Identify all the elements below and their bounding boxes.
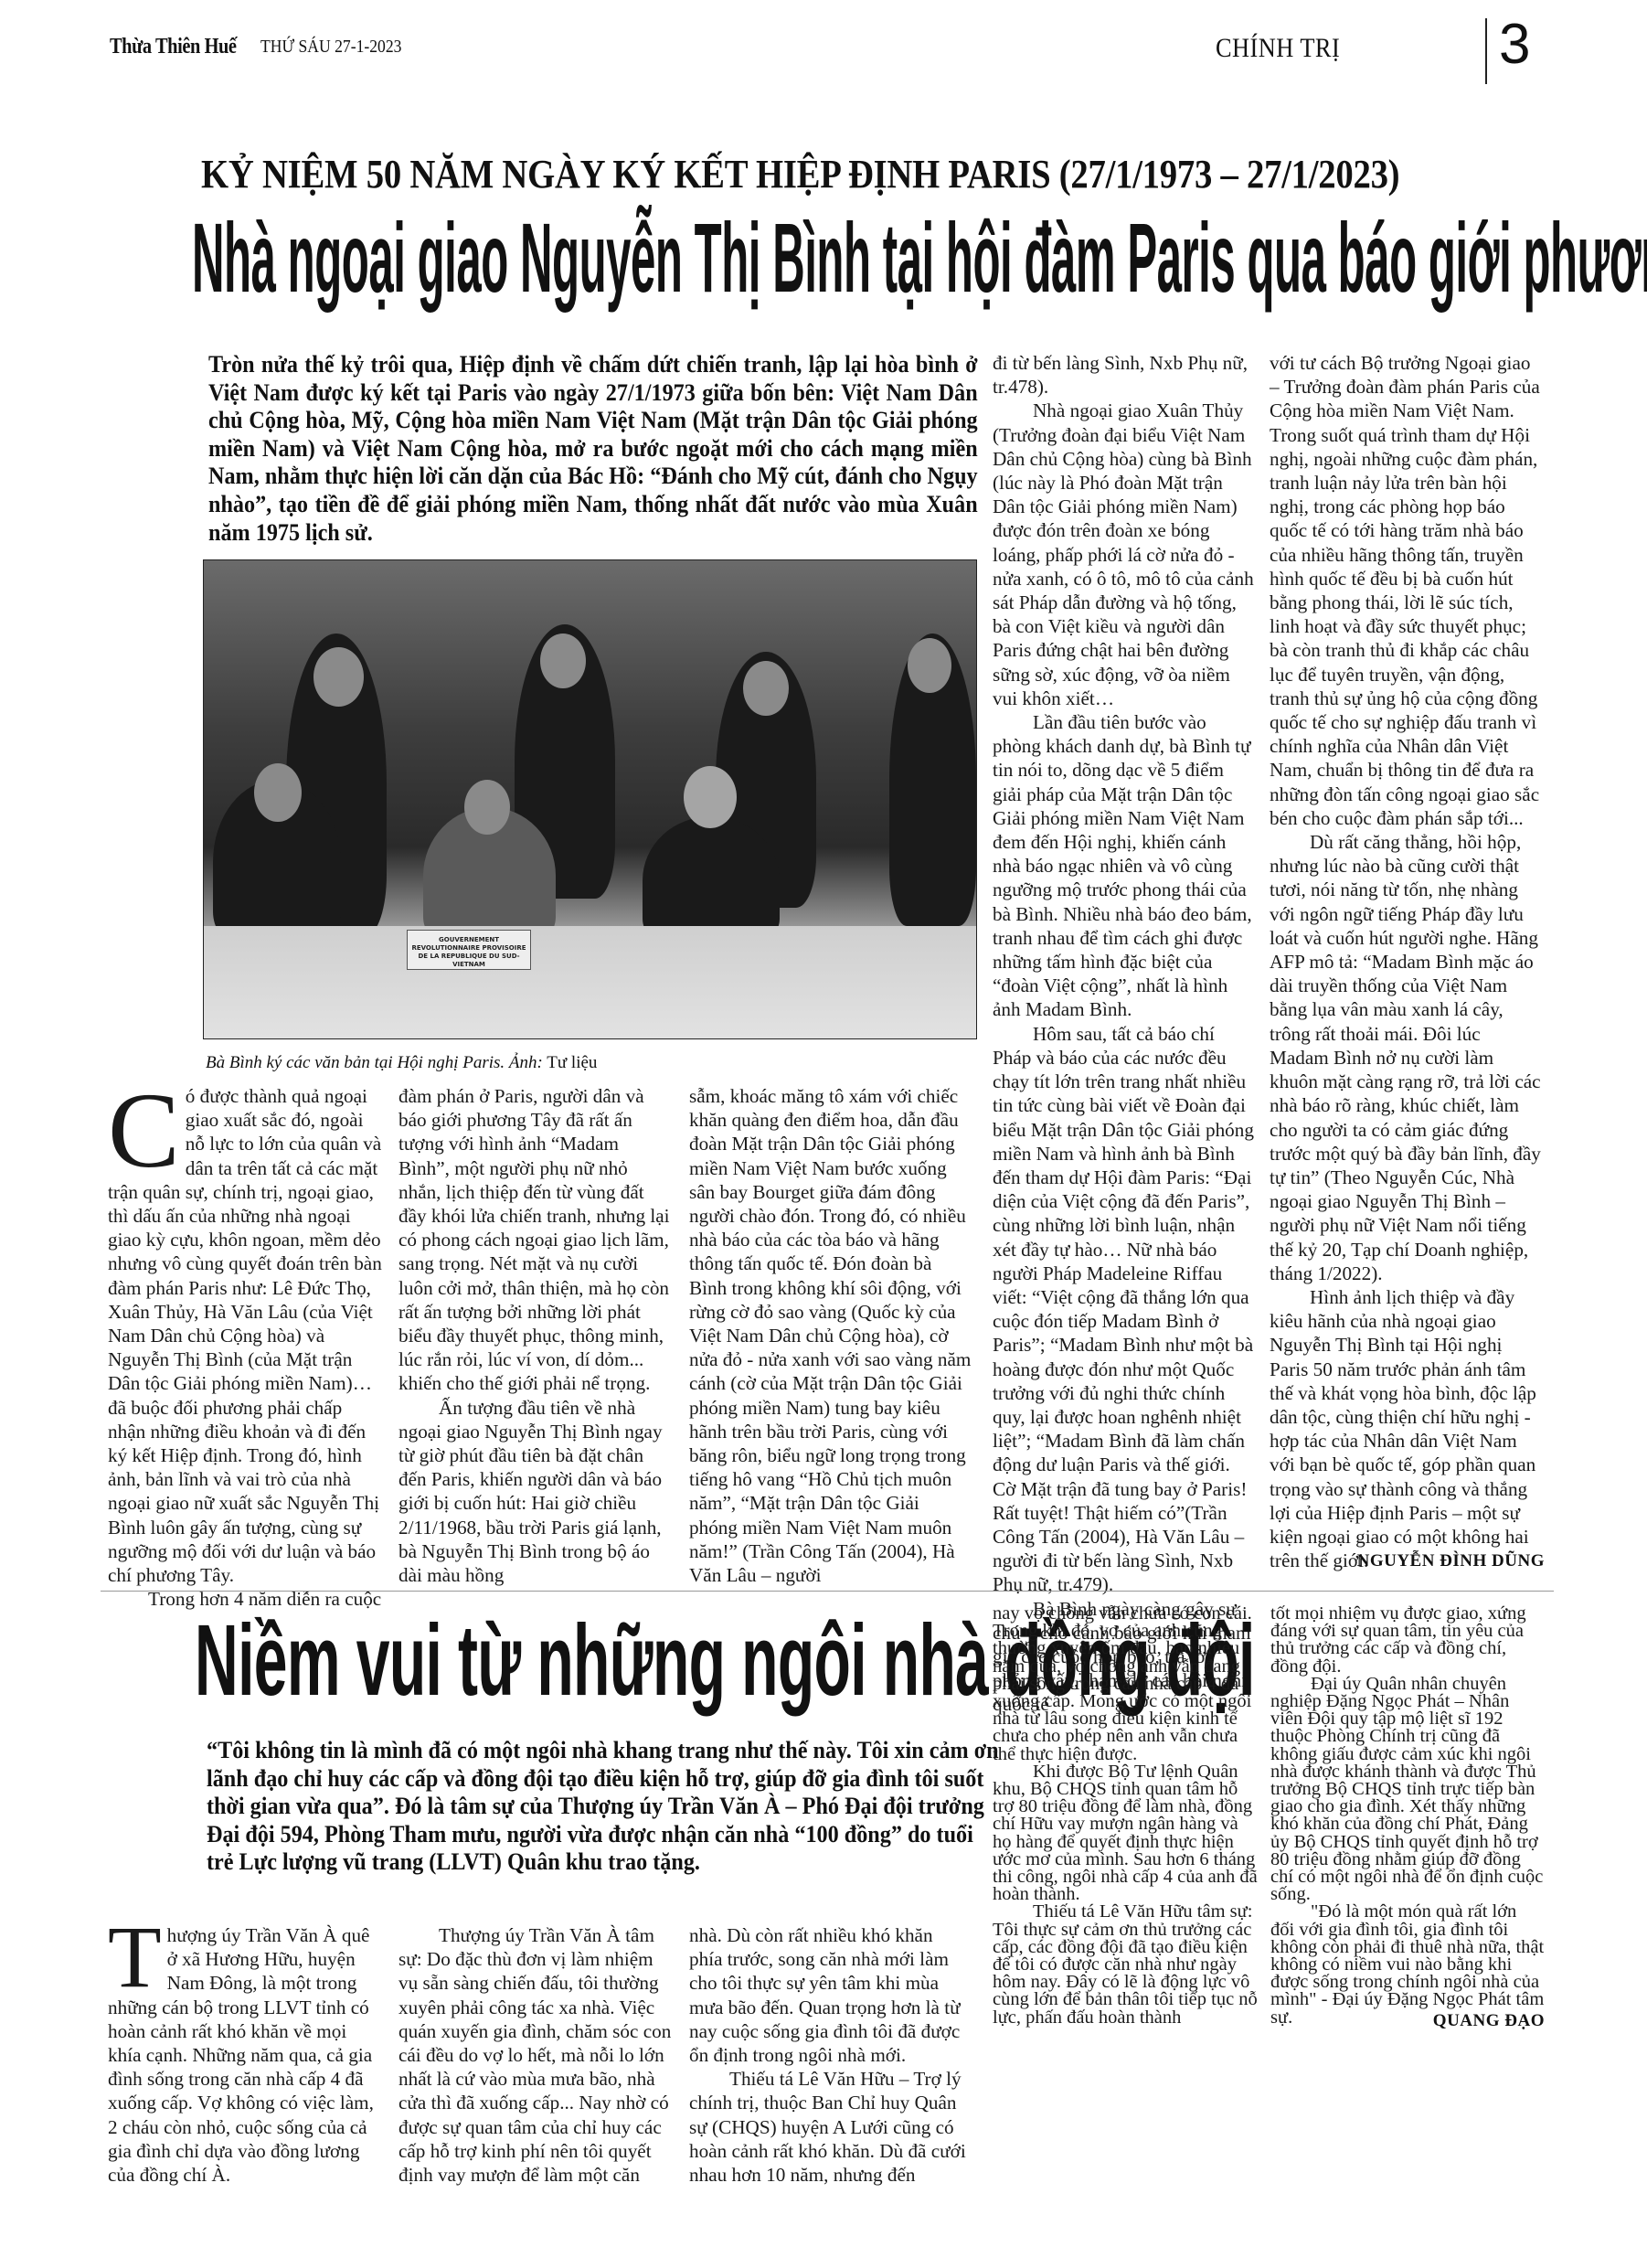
photo-face	[684, 766, 737, 828]
article1-byline: NGUYỄN ĐÌNH DŨNG	[1280, 1551, 1545, 1571]
article2-byline: QUANG ĐẠO	[1280, 2011, 1545, 2031]
paragraph: Nhà ngoại giao Xuân Thủy (Trưởng đoàn đạ…	[993, 399, 1258, 710]
paragraph: tốt mọi nhiệm vụ được giao, xứng đáng vớ…	[1270, 1605, 1545, 1676]
paragraph: đàm phán ở Paris, người dân và báo giới …	[398, 1084, 673, 1396]
paragraph: "Đó là một món quà rất lớn đối với gia đ…	[1270, 1903, 1545, 2026]
paragraph: Thiếu tá Lê Văn Hữu – Trợ lý chính trị, …	[689, 2067, 968, 2187]
paragraph: Dù rất căng thẳng, hồi hộp, nhưng lúc nà…	[1270, 830, 1544, 1285]
photo-face	[254, 763, 302, 822]
paragraph: nhà. Dù còn rất nhiều khó khăn phía trướ…	[689, 1923, 968, 2067]
photo-plaque: GOUVERNEMENT REVOLUTIONNAIRE PROVISOIRE …	[407, 930, 531, 970]
article1-headline: Nhà ngoại giao Nguyễn Thị Bình tại hội đ…	[192, 208, 816, 307]
photo-face	[908, 638, 951, 693]
article2-column-4: nay vợ chồng vẫn chưa có con cái. Trong …	[993, 1605, 1258, 2027]
photo-credit: Tư liệu	[543, 1053, 598, 1072]
article1-sapo: Tròn nửa thế kỷ trôi qua, Hiệp định về c…	[208, 351, 978, 547]
photo-caption: Bà Bình ký các văn bản tại Hội nghị Pari…	[206, 1053, 597, 1073]
paragraph: nay vợ chồng vẫn chưa có con cái. Trong …	[993, 1605, 1258, 1763]
article2-column-1: T hượng úy Trần Văn À quê ở xã Hương Hữu…	[108, 1923, 382, 2187]
newspaper-name: Thừa Thiên Huế	[110, 35, 237, 59]
photo-face	[464, 780, 510, 835]
paragraph: sẫm, khoác măng tô xám với chiếc khăn qu…	[689, 1084, 972, 1587]
paragraph: Lần đầu tiên bước vào phòng khách danh d…	[993, 710, 1258, 1022]
photo-face	[313, 647, 364, 707]
article1-column-3: sẫm, khoác măng tô xám với chiếc khăn qu…	[689, 1084, 972, 1587]
article1-column-2: đàm phán ở Paris, người dân và báo giới …	[398, 1084, 673, 1587]
photo-figure	[643, 816, 780, 944]
article1-photo: GOUVERNEMENT REVOLUTIONNAIRE PROVISOIRE …	[203, 559, 977, 1039]
article2-column-3: nhà. Dù còn rất nhiều khó khăn phía trướ…	[689, 1923, 968, 2187]
paragraph: Hôm sau, tất cả báo chí Pháp và báo của …	[993, 1022, 1258, 1597]
page-number: 3	[1499, 16, 1530, 73]
section-label: CHÍNH TRỊ	[1216, 33, 1340, 64]
paragraph: Thượng úy Trần Văn À tâm sự: Do đặc thù …	[398, 1923, 677, 2187]
photo-face	[743, 661, 789, 716]
article-divider	[101, 1591, 1554, 1592]
paragraph: Thiếu tá Lê Văn Hữu tâm sự: Tôi thực sự …	[993, 1903, 1258, 2026]
paragraph: Đại úy Quân nhân chuyên nghiệp Đặng Ngọc…	[1270, 1676, 1545, 1904]
paragraph: Hình ảnh lịch thiệp và đầy kiêu hãnh của…	[1270, 1285, 1544, 1572]
photo-face	[540, 634, 586, 688]
photo-table	[204, 926, 976, 1038]
dropcap: C	[108, 1090, 180, 1172]
paragraph: với tư cách Bộ trưởng Ngoại giao – Trưởn…	[1270, 351, 1544, 830]
dropcap: T	[108, 1927, 162, 1987]
masthead-divider	[1485, 18, 1487, 84]
article1-column-4: đi từ bến làng Sình, Nxb Phụ nữ, tr.478)…	[993, 351, 1258, 1717]
article2-column-5: tốt mọi nhiệm vụ được giao, xứng đáng vớ…	[1270, 1605, 1545, 2027]
article1-column-1: C ó được thành quả ngoại giao xuất sắc đ…	[108, 1084, 382, 1611]
article2-sapo: “Tôi không tin là mình đã có một ngôi nh…	[207, 1737, 1002, 1877]
paragraph: Khi được Bộ Tư lệnh Quân khu, Bộ CHQS tỉ…	[993, 1763, 1258, 1904]
paragraph: Ấn tượng đầu tiên về nhà ngoại giao Nguy…	[398, 1396, 673, 1588]
article1-kicker: KỶ NIỆM 50 NĂM NGÀY KÝ KẾT HIỆP ĐỊNH PAR…	[201, 151, 1391, 197]
caption-text: Bà Bình ký các văn bản tại Hội nghị Pari…	[206, 1053, 543, 1072]
article1-column-5: với tư cách Bộ trưởng Ngoại giao – Trưởn…	[1270, 351, 1544, 1572]
paragraph: đi từ bến làng Sình, Nxb Phụ nữ, tr.478)…	[993, 351, 1258, 399]
article2-column-2: Thượng úy Trần Văn À tâm sự: Do đặc thù …	[398, 1923, 677, 2187]
issue-date: THỨ SÁU 27-1-2023	[260, 37, 401, 58]
